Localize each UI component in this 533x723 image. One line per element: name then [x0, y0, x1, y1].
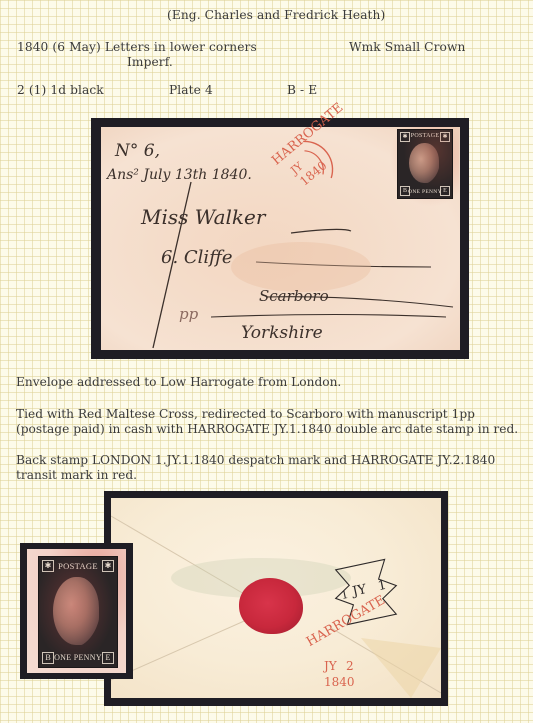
description-paragraph-3: Back stamp LONDON 1.JY.1.1840 despatch m… — [16, 453, 521, 483]
issue-date: 1840 (6 May) Letters in lower corners — [17, 40, 257, 55]
imperf-label: Imperf. — [127, 55, 173, 70]
manuscript-date: Ans² July 13th 1840. — [107, 167, 252, 183]
description-paragraph-2: Tied with Red Maltese Cross, redirected … — [16, 407, 521, 437]
cancel-overlay — [398, 130, 452, 198]
check-letters: B - E — [287, 83, 317, 98]
description-paragraph-1: Envelope addressed to Low Harrogate from… — [16, 375, 521, 390]
address-line-1: 6. Cliffe — [161, 247, 233, 268]
postage-paid-note: pp — [179, 305, 198, 323]
addressee: Miss Walker — [141, 205, 265, 229]
maltese-cross-cancel — [39, 557, 117, 667]
harrogate-transit-mark: HARROGATE JY 2 1840 — [296, 633, 376, 698]
engravers-note: (Eng. Charles and Fredrick Heath) — [167, 8, 385, 23]
manuscript-number: N° 6, — [115, 141, 160, 161]
back-cover-envelope: 1 JY 1 HARROGATE JY 2 1840 — [111, 498, 441, 698]
watermark-label: Wmk Small Crown — [349, 40, 465, 55]
penny-black-stamp-on-cover: ✱ ✱ POSTAGE B E ONE PENNY — [397, 129, 453, 199]
wax-seal — [239, 578, 303, 634]
penny-black-stamp-loose: ✱ ✱ POSTAGE B E ONE PENNY — [38, 556, 118, 668]
plate-number: Plate 4 — [169, 83, 213, 98]
address-line-2: Scarboro — [259, 287, 329, 305]
county: Yorkshire — [241, 323, 323, 343]
catalogue-number: 2 (1) 1d black — [17, 83, 104, 98]
